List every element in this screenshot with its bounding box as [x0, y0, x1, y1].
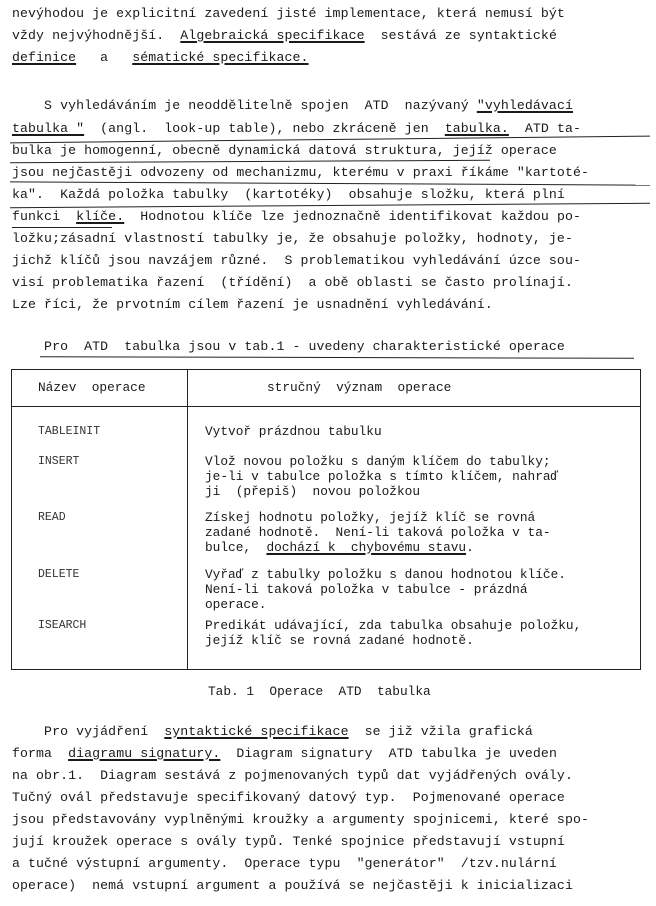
operations-table: Název operace stručný význam operace TAB… — [11, 369, 641, 670]
table-row-desc: Vyřaď z tabulky položku s danou hodnotou… — [205, 567, 566, 582]
text: Pro vyjádření — [12, 724, 164, 739]
paragraph-2-line: ložku;zásadní vlastností tabulky je, že … — [12, 231, 573, 247]
table-row-name: ISEARCH — [38, 618, 86, 633]
column-header-name: Název operace — [38, 380, 146, 395]
handwritten-underline — [10, 203, 650, 208]
handwritten-underline — [10, 181, 650, 185]
paragraph-2-line: jsou nejčastěji odvozeny od mechanizmu, … — [12, 165, 589, 181]
column-divider — [187, 370, 188, 669]
table-row-name: INSERT — [38, 454, 79, 469]
table-row-desc: operace. — [205, 597, 266, 612]
text: se již vžila grafická — [349, 724, 533, 739]
text: . — [466, 540, 474, 555]
table-row-desc: Není-li taková položka v tabulce - prázd… — [205, 582, 528, 597]
term-table: tabulka. — [445, 121, 509, 136]
text: bulce, — [205, 540, 266, 555]
term-key: klíče. — [76, 209, 124, 224]
term-semantic-specification: sématické specifikace. — [132, 50, 308, 65]
paragraph-3-line: Pro vyjádření syntaktické specifikace se… — [12, 724, 533, 740]
paragraph-2-line: Lze říci, že prvotním cílem řazení je us… — [12, 297, 493, 313]
paragraph-2-line: funkci klíče. Hodnotou klíče lze jednozn… — [12, 209, 581, 225]
term-lookup-table-cont: tabulka " — [12, 121, 84, 136]
text: ATD ta- — [509, 121, 581, 136]
paragraph-2-line: jichž klíčů jsou navzájem různé. S probl… — [12, 253, 581, 269]
paragraph-1-line: definice a sématické specifikace. — [12, 50, 309, 66]
table-row-name: DELETE — [38, 567, 79, 582]
header-divider — [12, 406, 640, 407]
text: vždy nejvýhodnější. — [12, 28, 180, 43]
handwritten-underline — [40, 356, 634, 359]
table-intro: Pro ATD tabulka jsou v tab.1 - uvedeny c… — [12, 339, 565, 355]
text: Diagram signatury ATD tabulka je uveden — [220, 746, 557, 761]
paragraph-3-line: na obr.1. Diagram sestává z pojmenovanýc… — [12, 768, 573, 784]
table-row-desc: jejíž klíč se rovná zadané hodnotě. — [205, 633, 474, 648]
table-row-desc: zadané hodnotě. Není-li taková položka v… — [205, 525, 551, 540]
table-row-name: READ — [38, 510, 66, 525]
handwritten-underline — [10, 160, 490, 164]
table-caption: Tab. 1 Operace ATD tabulka — [208, 684, 431, 699]
table-row-desc: ji (přepiš) novou položkou — [205, 484, 420, 499]
paragraph-3-line: jsou představovány vyplněnými kroužky a … — [12, 812, 589, 828]
paragraph-1-line: nevýhodou je explicitní zavedení jisté i… — [12, 6, 565, 22]
text: a — [76, 50, 132, 65]
term-error-state: dochází k chybovému stavu — [266, 540, 466, 555]
paragraph-3-line: Tučný ovál představuje specifikovaný dat… — [12, 790, 565, 806]
term-definition: definice — [12, 50, 76, 65]
text: sestává ze syntaktické — [365, 28, 557, 43]
term-signature-diagram: diagramu signatury. — [68, 746, 220, 761]
paragraph-3-line: forma diagramu signatury. Diagram signat… — [12, 746, 557, 762]
table-row-desc: bulce, dochází k chybovému stavu. — [205, 540, 474, 555]
paragraph-3-line: a tučné výstupní argumenty. Operace typu… — [12, 856, 557, 872]
handwritten-underline — [12, 227, 112, 228]
table-row-desc: Vytvoř prázdnou tabulku — [205, 424, 382, 439]
table-row-desc: Predikát udávající, zda tabulka obsahuje… — [205, 618, 581, 633]
table-row-desc: Získej hodnotu položky, jejíž klíč se ro… — [205, 510, 535, 525]
text: forma — [12, 746, 68, 761]
term-algebraic-specification: Algebraická specifikace — [180, 28, 364, 43]
text: Hodnotou klíče lze jednoznačně identifik… — [124, 209, 581, 224]
table-row-name: TABLEINIT — [38, 424, 100, 439]
paragraph-3-line: operace) nemá vstupní argument a používá… — [12, 878, 573, 894]
paragraph-2-line: bulka je homogenní, obecně dynamická dat… — [12, 143, 557, 159]
paragraph-2-line: tabulka " (angl. look-up table), nebo zk… — [12, 121, 581, 137]
paragraph-2-line: S vyhledáváním je neoddělitelně spojen A… — [12, 98, 573, 114]
paragraph-2-line: visí problematika řazení (třídění) a obě… — [12, 275, 573, 291]
column-header-meaning: stručný význam operace — [267, 380, 451, 395]
paragraph-1-line: vždy nejvýhodnější. Algebraická specifik… — [12, 28, 557, 44]
paragraph-3-line: jují kroužek operace s ovály typů. Tenké… — [12, 834, 565, 850]
paragraph-2-line: ka". Každá položka tabulky (kartotéky) o… — [12, 187, 565, 203]
text: (angl. look-up table), nebo zkráceně jen — [84, 121, 445, 136]
table-row-desc: Vlož novou položku s daným klíčem do tab… — [205, 454, 551, 469]
term-syntactic-specification: syntaktické specifikace — [164, 724, 348, 739]
table-row-desc: je-li v tabulce položka s tímto klíčem, … — [205, 469, 558, 484]
text: funkci — [12, 209, 76, 224]
term-lookup-table: "vyhledávací — [477, 98, 573, 113]
text: S vyhledáváním je neoddělitelně spojen A… — [12, 98, 477, 113]
